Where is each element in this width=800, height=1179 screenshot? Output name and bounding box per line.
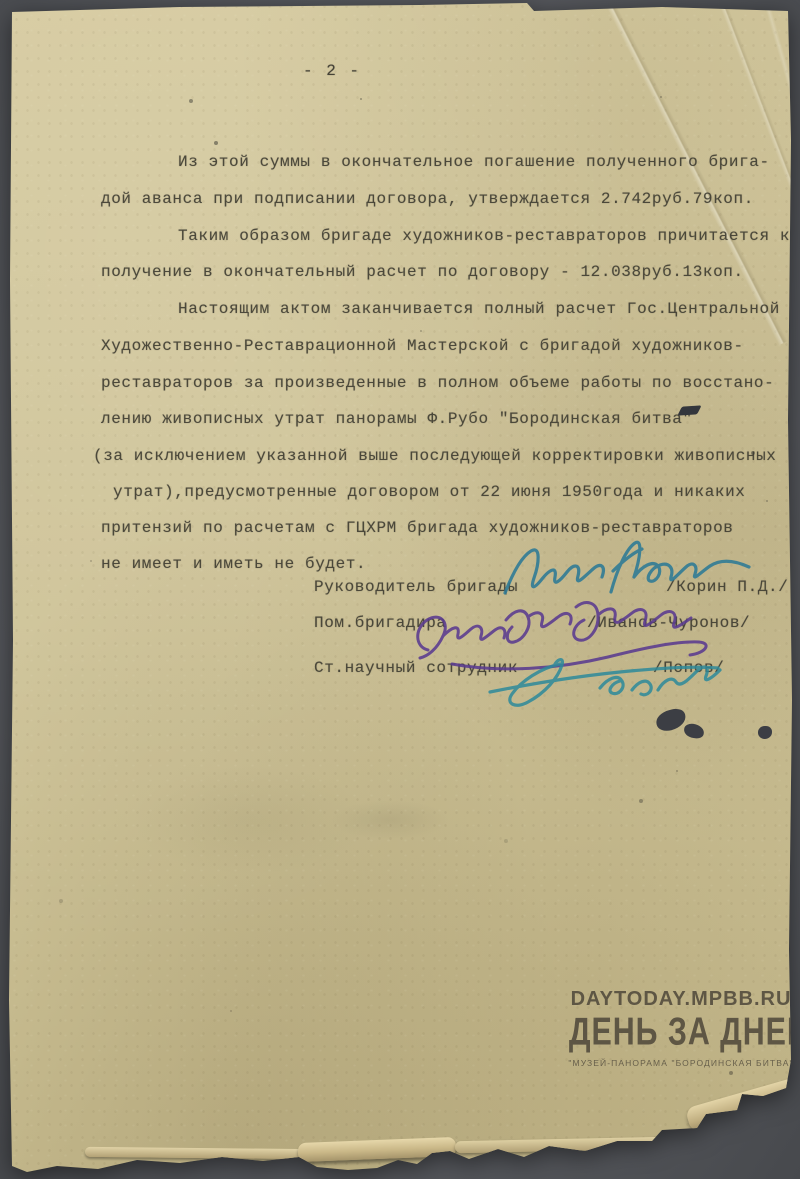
document-line: (за исключением указанной выше последующ… [93,447,777,465]
document-line: утрат),предусмотренные договором от 22 и… [113,483,746,501]
document-line: дой аванса при подписании договора, утве… [101,190,754,208]
document-line: притензий по расчетам с ГЦХРМ бригада ху… [101,519,734,537]
ink-blot [683,723,705,740]
page-number: - 2 - [303,62,361,80]
torn-edge-fold [455,1137,667,1153]
document-page-wrapper: - 2 - Из этой суммы в окончательное пога… [0,0,800,1179]
document-line: не имеет и иметь не будет. [101,555,366,573]
document-line: Настоящим актом заканчивается полный рас… [178,300,780,318]
document-line: Художественно-Реставрационной Мастерской… [101,337,744,355]
ink-blot [758,726,772,739]
paper-stain [120,760,380,880]
signature-name: /Попов/ [653,659,724,677]
document-line: лению живописных утрат панорамы Ф.Рубо "… [101,410,693,428]
ink-blot [654,707,688,734]
torn-corner-fold [685,1076,800,1133]
paper-specks [0,0,2,2]
signature-role: Пом.бригадира [314,614,447,632]
torn-edge-fold [298,1137,457,1162]
torn-edge-fold [85,1147,315,1159]
signature-role: Руководитель бригады [314,578,518,596]
document-line: получение в окончательный расчет по дого… [101,263,744,281]
signature-role: Ст.научный сотрудник [314,659,518,677]
document-page: - 2 - Из этой суммы в окончательное пога… [0,0,800,1179]
document-line: Из этой суммы в окончательное погашение … [178,153,770,171]
signature-name: /Корин П.Д./ [666,578,788,596]
document-line: Таким образом бригаде художников-реставр… [178,227,790,245]
paper-crease [584,0,788,345]
ink-mark [677,405,701,415]
watermark-logo-text: ДЕНЬ ЗА ДНЕМ [569,1009,793,1054]
document-line: реставраторов за произведенные в полном … [101,374,774,392]
paper-crease [760,0,800,241]
museum-watermark: DAYTODAY.MPBB.RU ДЕНЬ ЗА ДНЕМ "МУЗЕЙ-ПАН… [563,988,799,1068]
scan-background: { "page": { "number_label": "- 2 -" }, "… [0,0,800,1179]
signature-name: /Иванов-Чуронов/ [587,614,750,632]
watermark-subtitle: "МУЗЕЙ-ПАНОРАМА "БОРОДИНСКАЯ БИТВА" [563,1058,799,1068]
paper-stain [330,800,450,840]
watermark-url: DAYTODAY.MPBB.RU [563,988,799,1011]
